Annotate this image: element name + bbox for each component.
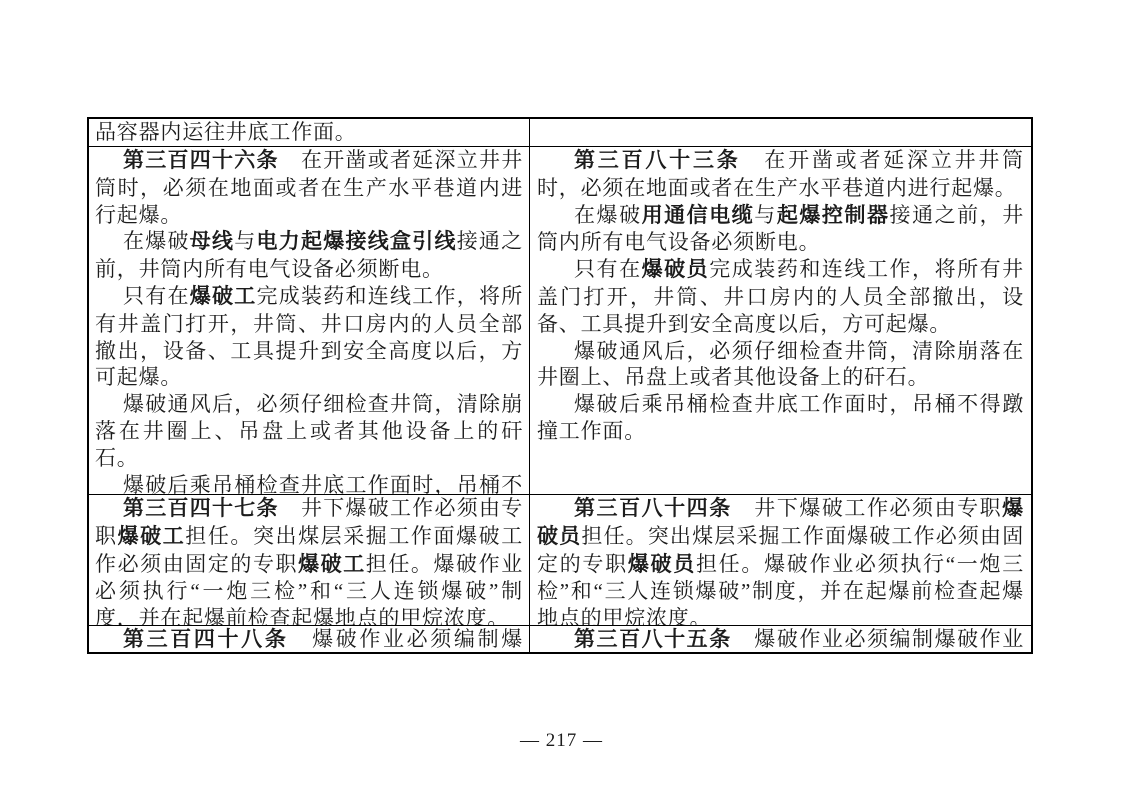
text-run: 与 — [234, 229, 256, 253]
paragraph: 在爆破母线与电力起爆接线盒引线接通之前，井筒内所有电气设备必须断电。 — [95, 228, 523, 283]
text-run: 爆破后乘吊桶检查井底工作面时，吊桶不得蹾撞工作面。 — [537, 392, 1024, 443]
table-row: 第三百四十七条 井下爆破工作必须由专职爆破工担任。突出煤层采掘工作面爆破工作必须… — [89, 494, 1031, 625]
paragraph: 爆破后乘吊桶检查井底工作面时，吊桶不得蹾撞工作面。 — [95, 472, 523, 494]
text-run: 井下爆破工作必须由专职 — [732, 496, 1002, 520]
table-cell-old-continuation: 品容器内运往井底工作面。 — [89, 119, 530, 146]
text-run: 爆破后乘吊桶检查井底工作面时，吊桶不得蹾撞工作面。 — [95, 473, 523, 494]
page-number: — 217 — — [0, 730, 1123, 752]
table-cell-article-348: 第三百四十八条 爆破作业必须编制爆 — [89, 626, 530, 652]
bold-term: 用通信电缆 — [642, 204, 755, 227]
bold-term: 母线 — [190, 230, 235, 253]
paragraph: 爆破后乘吊桶检查井底工作面时，吊桶不得蹾撞工作面。 — [537, 391, 1024, 445]
paragraph: 第三百八十五条 爆破作业必须编制爆破作业说 — [537, 626, 1024, 652]
paragraph: 第三百八十四条 井下爆破工作必须由专职爆破员担任。突出煤层采掘工作面爆破工作必须… — [537, 495, 1024, 625]
text-run: 爆破作业必须编制爆 — [288, 627, 523, 651]
article-number: 第三百八十四条 — [574, 497, 732, 520]
table-row: 第三百四十八条 爆破作业必须编制爆 第三百八十五条 爆破作业必须编制爆破作业说 — [89, 625, 1031, 652]
article-number: 第三百八十五条 — [574, 628, 732, 651]
bold-term: 爆破工 — [118, 525, 186, 548]
table-row: 第三百四十六条 在开凿或者延深立井井筒时，必须在地面或者在生产水平巷道内进行起爆… — [89, 146, 1031, 494]
bold-term: 电力起爆接线盒引线 — [256, 230, 456, 253]
article-number: 第三百四十七条 — [123, 497, 279, 520]
paragraph: 第三百四十八条 爆破作业必须编制爆 — [95, 626, 523, 652]
text-run: 爆破通风后，必须仔细检查井筒，清除崩落在井圈上、吊盘上或者其他设备上的矸石。 — [537, 339, 1024, 390]
document-page: 品容器内运往井底工作面。 第三百四十六条 在开凿或者延深立井井筒时，必须在地面或… — [0, 0, 1123, 794]
table-cell-article-385: 第三百八十五条 爆破作业必须编制爆破作业说 — [530, 626, 1031, 652]
bold-term: 爆破员 — [628, 553, 696, 576]
text-run: 爆破通风后，必须仔细检查井筒，清除崩落在井圈上、吊盘上或者其他设备上的矸石。 — [95, 392, 523, 470]
table-cell-new-empty — [530, 119, 1031, 146]
text-run: 在爆破 — [574, 203, 642, 227]
paragraph: 只有在爆破工完成装药和连线工作，将所有井盖门打开，井筒、井口房内的人员全部撤出，… — [95, 283, 523, 391]
table-cell-article-346: 第三百四十六条 在开凿或者延深立井井筒时，必须在地面或者在生产水平巷道内进行起爆… — [89, 147, 530, 494]
text-run: 与 — [754, 203, 777, 227]
paragraph: 第三百八十三条 在开凿或者延深立井井筒时，必须在地面或者在生产水平巷道内进行起爆… — [537, 147, 1024, 202]
table-cell-article-347: 第三百四十七条 井下爆破工作必须由专职爆破工担任。突出煤层采掘工作面爆破工作必须… — [89, 495, 530, 625]
article-number: 第三百八十三条 — [574, 149, 741, 172]
paragraph: 爆破通风后，必须仔细检查井筒，清除崩落在井圈上、吊盘上或者其他设备上的矸石。 — [537, 338, 1024, 392]
paragraph: 爆破通风后，必须仔细检查井筒，清除崩落在井圈上、吊盘上或者其他设备上的矸石。 — [95, 391, 523, 471]
bold-term: 爆破工 — [298, 553, 366, 576]
paragraph: 品容器内运往井底工作面。 — [95, 119, 523, 146]
paragraph: 第三百四十六条 在开凿或者延深立井井筒时，必须在地面或者在生产水平巷道内进行起爆… — [95, 147, 523, 228]
paragraph: 在爆破用通信电缆与起爆控制器接通之前，井筒内所有电气设备必须断电。 — [537, 202, 1024, 257]
text-run: 品容器内运往井底工作面。 — [95, 120, 357, 144]
table-cell-article-383: 第三百八十三条 在开凿或者延深立井井筒时，必须在地面或者在生产水平巷道内进行起爆… — [530, 147, 1031, 494]
regulation-comparison-table: 品容器内运往井底工作面。 第三百四十六条 在开凿或者延深立井井筒时，必须在地面或… — [87, 117, 1033, 654]
text-run: 只有在 — [574, 257, 642, 281]
text-run: 在爆破 — [123, 229, 190, 253]
table-cell-article-384: 第三百八十四条 井下爆破工作必须由专职爆破员担任。突出煤层采掘工作面爆破工作必须… — [530, 495, 1031, 625]
table-row: 品容器内运往井底工作面。 — [89, 119, 1031, 146]
article-number: 第三百四十八条 — [123, 628, 288, 651]
paragraph: 只有在爆破员完成装药和连线工作，将所有井盖门打开，井筒、井口房内的人员全部撤出，… — [537, 256, 1024, 337]
bold-term: 爆破员 — [642, 258, 710, 281]
bold-term: 爆破工 — [190, 285, 257, 308]
text-run: 只有在 — [123, 284, 190, 308]
article-number: 第三百四十六条 — [123, 149, 279, 172]
paragraph: 第三百四十七条 井下爆破工作必须由专职爆破工担任。突出煤层采掘工作面爆破工作必须… — [95, 495, 523, 625]
bold-term: 起爆控制器 — [777, 204, 890, 227]
